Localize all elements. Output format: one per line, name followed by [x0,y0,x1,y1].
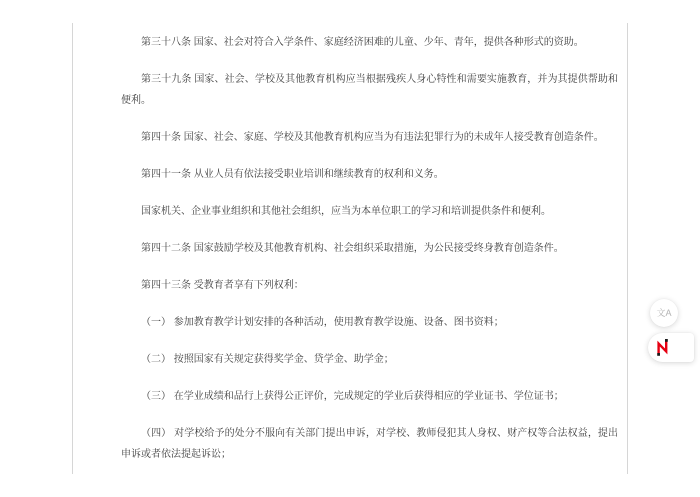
law-article-43: 第四十三条 受教育者享有下列权利： [121,275,618,296]
floating-extension-widget: 文A [648,299,692,362]
law-article-41: 第四十一条 从业人员有依法接受职业培训和继续教育的权利和义务。 [121,164,618,185]
law-article-38: 第三十八条 国家、社会对符合入学条件、家庭经济困难的儿童、少年、青年，提供各种形… [121,32,618,53]
translate-icon: 文A [656,309,671,318]
law-article-43-item-4: （四） 对学校给予的处分不服向有关部门提出申诉，对学校、教师侵犯其人身权、财产权… [121,423,618,465]
law-article-41-clause-2: 国家机关、企业事业组织和其他社会组织，应当为本单位职工的学习和培训提供条件和便利… [121,201,618,222]
translate-button[interactable]: 文A [650,299,678,327]
law-article-40: 第四十条 国家、社会、家庭、学校及其他教育机构应当为有违法犯罪行为的未成年人接受… [121,127,618,148]
law-article-42: 第四十二条 国家鼓励学校及其他教育机构、社会组织采取措施，为公民接受终身教育创造… [121,238,618,259]
extension-button[interactable] [648,333,694,362]
law-article-39: 第三十九条 国家、社会、学校及其他教育机构应当根据残疾人身心特性和需要实施教育，… [121,69,618,111]
law-article-43-item-3: （三） 在学业成绩和品行上获得公正评价，完成规定的学业后获得相应的学业证书、学位… [121,386,618,407]
document-page: 第三十八条 国家、社会对符合入学条件、家庭经济困难的儿童、少年、青年，提供各种形… [72,23,628,474]
law-article-43-item-1: （一） 参加教育教学计划安排的各种活动，使用教育教学设施、设备、图书资料； [121,312,618,333]
law-article-43-item-2: （二） 按照国家有关规定获得奖学金、贷学金、助学金； [121,349,618,370]
red-n-network-icon [655,339,670,356]
